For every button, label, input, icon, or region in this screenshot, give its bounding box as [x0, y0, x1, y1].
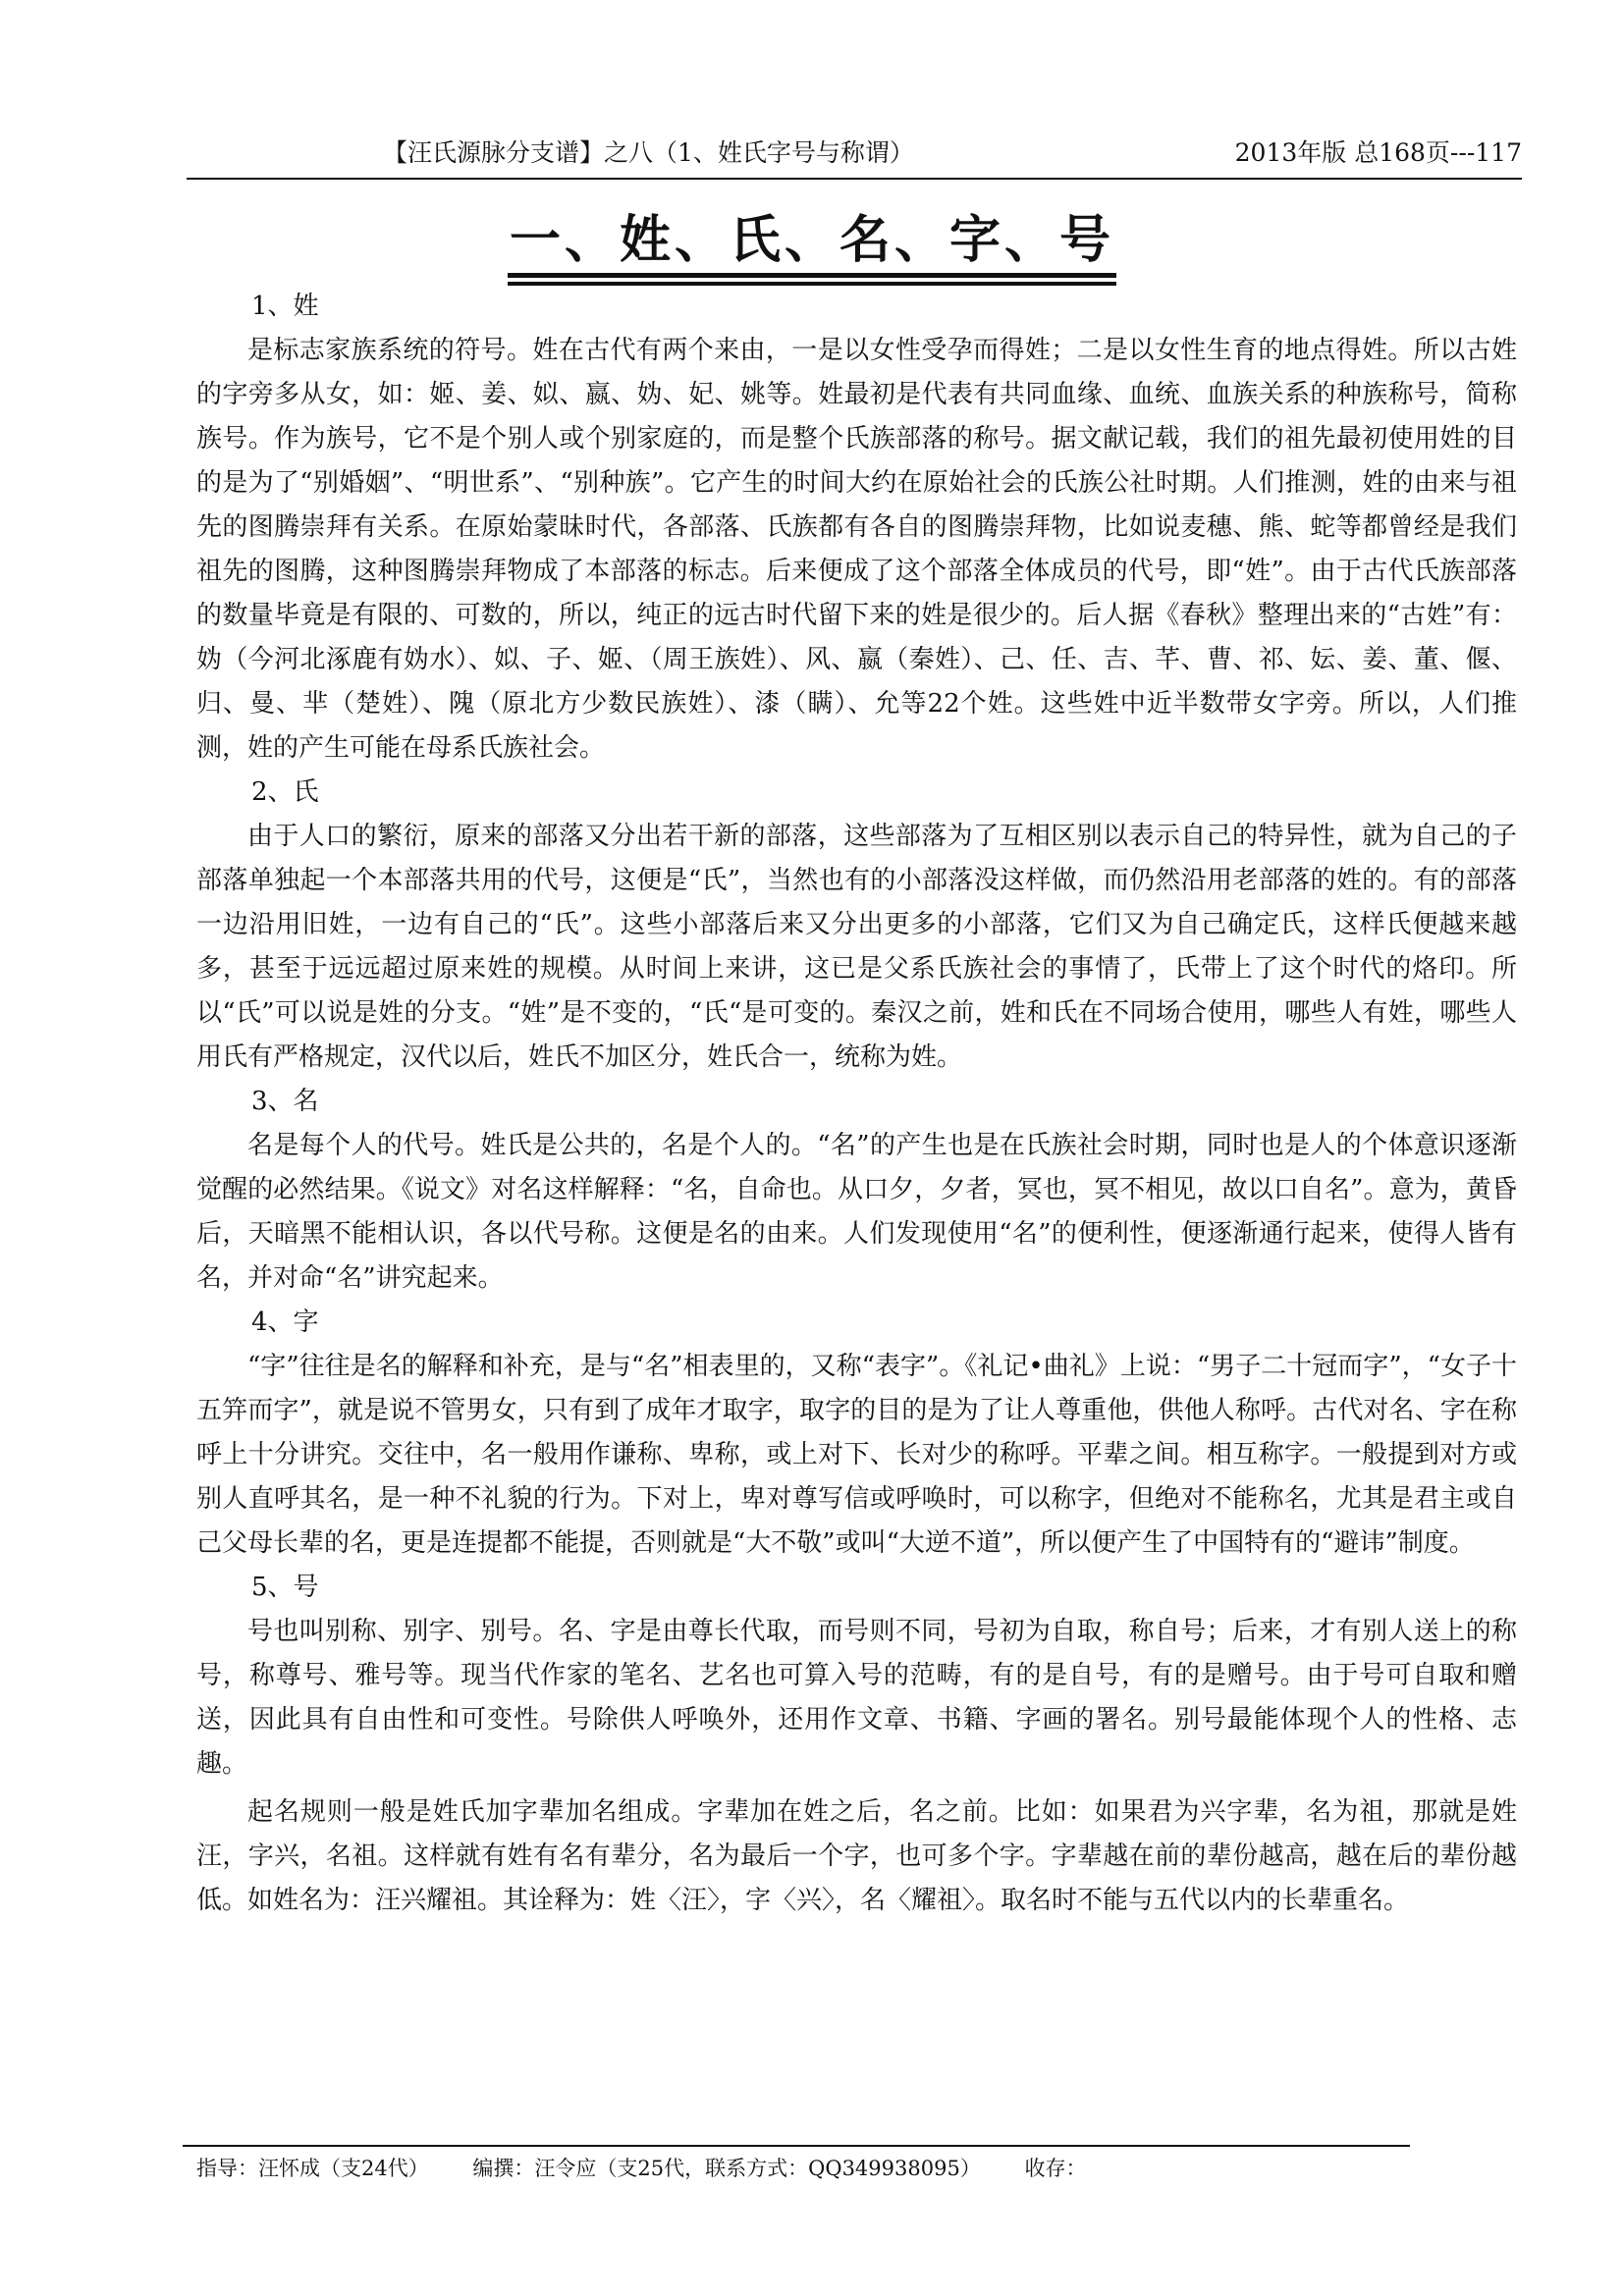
- footer-rule: [183, 2145, 1410, 2147]
- section-surname: 1、姓 是标志家族系统的符号。姓在古代有两个来由，一是以女性受孕而得姓；二是以女…: [196, 285, 1517, 771]
- paragraph: 名是每个人的代号。姓氏是公共的，名是个人的。“名”的产生也是在氏族社会时期，同时…: [196, 1124, 1517, 1301]
- page-footer: 指导：汪怀成（支24代） 编撰：汪令应（支25代，联系方式：QQ34993809…: [196, 2152, 1124, 2185]
- document-body: 1、姓 是标志家族系统的符号。姓在古代有两个来由，一是以女性受孕而得姓；二是以女…: [196, 285, 1517, 1923]
- section-heading: 4、字: [196, 1301, 1517, 1345]
- section-heading: 2、氏: [196, 771, 1517, 815]
- section-heading: 5、号: [196, 1566, 1517, 1610]
- title-block: 一、姓、氏、名、字、号: [0, 210, 1624, 278]
- paragraph: 起名规则一般是姓氏加字辈加名组成。字辈加在姓之后，名之前。比如：如果君为兴字辈，…: [196, 1790, 1517, 1923]
- section-heading: 1、姓: [196, 285, 1517, 329]
- paragraph: “字”往往是名的解释和补充，是与“名”相表里的，又称“表字”。《礼记•曲礼》上说…: [196, 1345, 1517, 1566]
- footer-compiler: 编撰：汪令应（支25代，联系方式：QQ349938095）: [472, 2157, 980, 2180]
- paragraph: 是标志家族系统的符号。姓在古代有两个来由，一是以女性受孕而得姓；二是以女性生育的…: [196, 329, 1517, 771]
- header-rule: [187, 178, 1522, 180]
- section-clan-name: 2、氏 由于人口的繁衍，原来的部落又分出若干新的部落，这些部落为了互相区别以表示…: [196, 771, 1517, 1080]
- section-heading: 3、名: [196, 1080, 1517, 1124]
- footer-advisor: 指导：汪怀成（支24代）: [196, 2157, 429, 2180]
- running-header: 【汪氏源脉分支谱】之八（1、姓氏字号与称谓） 2013年版 总168页---11…: [187, 133, 1522, 173]
- paragraph: 由于人口的繁衍，原来的部落又分出若干新的部落，这些部落为了互相区别以表示自己的特…: [196, 815, 1517, 1080]
- section-art-name: 5、号 号也叫别称、别字、别号。名、字是由尊长代取，而号则不同，号初为自取，称自…: [196, 1566, 1517, 1923]
- section-courtesy-name: 4、字 “字”往往是名的解释和补充，是与“名”相表里的，又称“表字”。《礼记•曲…: [196, 1301, 1517, 1566]
- section-given-name: 3、名 名是每个人的代号。姓氏是公共的，名是个人的。“名”的产生也是在氏族社会时…: [196, 1080, 1517, 1301]
- header-edition-page: 2013年版 总168页---117: [1235, 133, 1522, 173]
- header-series-title: 【汪氏源脉分支谱】之八（1、姓氏字号与称谓）: [383, 133, 914, 173]
- paragraph: 号也叫别称、别字、别号。名、字是由尊长代取，而号则不同，号初为自取，称自号；后来…: [196, 1610, 1517, 1787]
- footer-collection: 收存：: [1025, 2157, 1087, 2180]
- page-title: 一、姓、氏、名、字、号: [508, 210, 1116, 278]
